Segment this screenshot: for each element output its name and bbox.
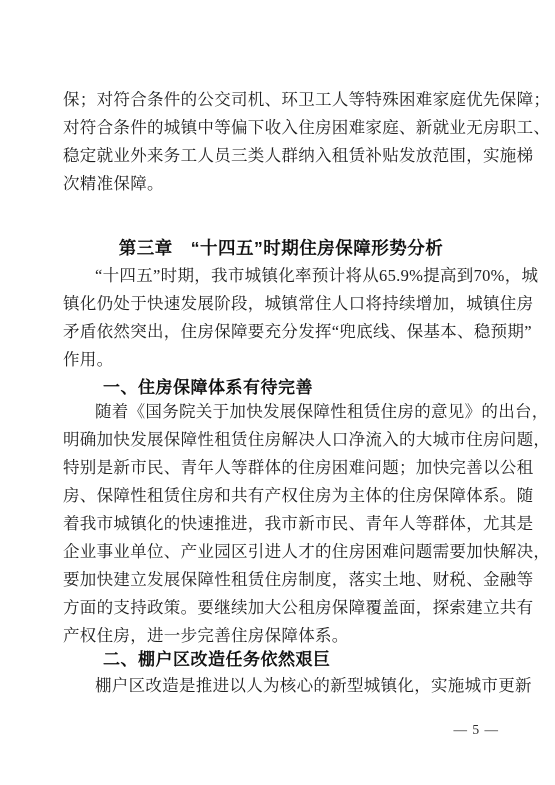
body-line: “十四五”时期，我市城镇化率预计将从65.9%提高到70%，城 [63,262,499,290]
document-page: 保；对符合条件的公交司机、环卫工人等特殊困难家庭优先保障； 对符合条件的城镇中等… [0,0,555,785]
page-number: — 5 — [63,720,499,740]
paragraph-continuation: 保；对符合条件的公交司机、环卫工人等特殊困难家庭优先保障； 对符合条件的城镇中等… [63,86,499,198]
body-line: 作用。 [63,346,499,374]
body-line: 保；对符合条件的公交司机、环卫工人等特殊困难家庭优先保障； [63,86,499,114]
body-line: 次精准保障。 [63,170,499,198]
body-line: 明确加快发展保障性租赁住房解决人口净流入的大城市住房问题， [63,426,499,454]
body-line: 方面的支持政策。要继续加大公租房保障覆盖面，探索建立共有 [63,594,499,622]
body-line: 要加快建立发展保障性租赁住房制度，落实土地、财税、金融等 [63,566,499,594]
paragraph-housing-system: 随着《国务院关于加快发展保障性租赁住房的意见》的出台， 明确加快发展保障性租赁住… [63,398,499,650]
body-line: 企业事业单位、产业园区引进人才的住房困难问题需要加快解决， [63,538,499,566]
body-line: 矛盾依然突出，住房保障要充分发挥“兜底线、保基本、稳预期” [63,318,499,346]
section-heading-2: 二、棚户区改造任务依然艰巨 [63,646,539,674]
body-line: 镇化仍处于快速发展阶段，城镇常住人口将持续增加，城镇住房 [63,290,499,318]
paragraph-shantytown: 棚户区改造是推进以人为核心的新型城镇化，实施城市更新 [63,672,499,700]
body-line: 房、保障性租赁住房和共有产权住房为主体的住房保障体系。随 [63,482,499,510]
body-line: 稳定就业外来务工人员三类人群纳入租赁补贴发放范围，实施梯 [63,142,499,170]
paragraph-urbanization: “十四五”时期，我市城镇化率预计将从65.9%提高到70%，城 镇化仍处于快速发… [63,262,499,374]
body-line: 着我市城镇化的快速推进，我市新市民、青年人等群体，尤其是 [63,510,499,538]
body-line: 棚户区改造是推进以人为核心的新型城镇化，实施城市更新 [63,672,499,700]
body-line: 对符合条件的城镇中等偏下收入住房困难家庭、新就业无房职工、 [63,114,499,142]
chapter-heading: 第三章 “十四五”时期住房保障形势分析 [63,234,499,262]
body-line: 特别是新市民、青年人等群体的住房困难问题；加快完善以公租 [63,454,499,482]
body-line: 随着《国务院关于加快发展保障性租赁住房的意见》的出台， [63,398,499,426]
